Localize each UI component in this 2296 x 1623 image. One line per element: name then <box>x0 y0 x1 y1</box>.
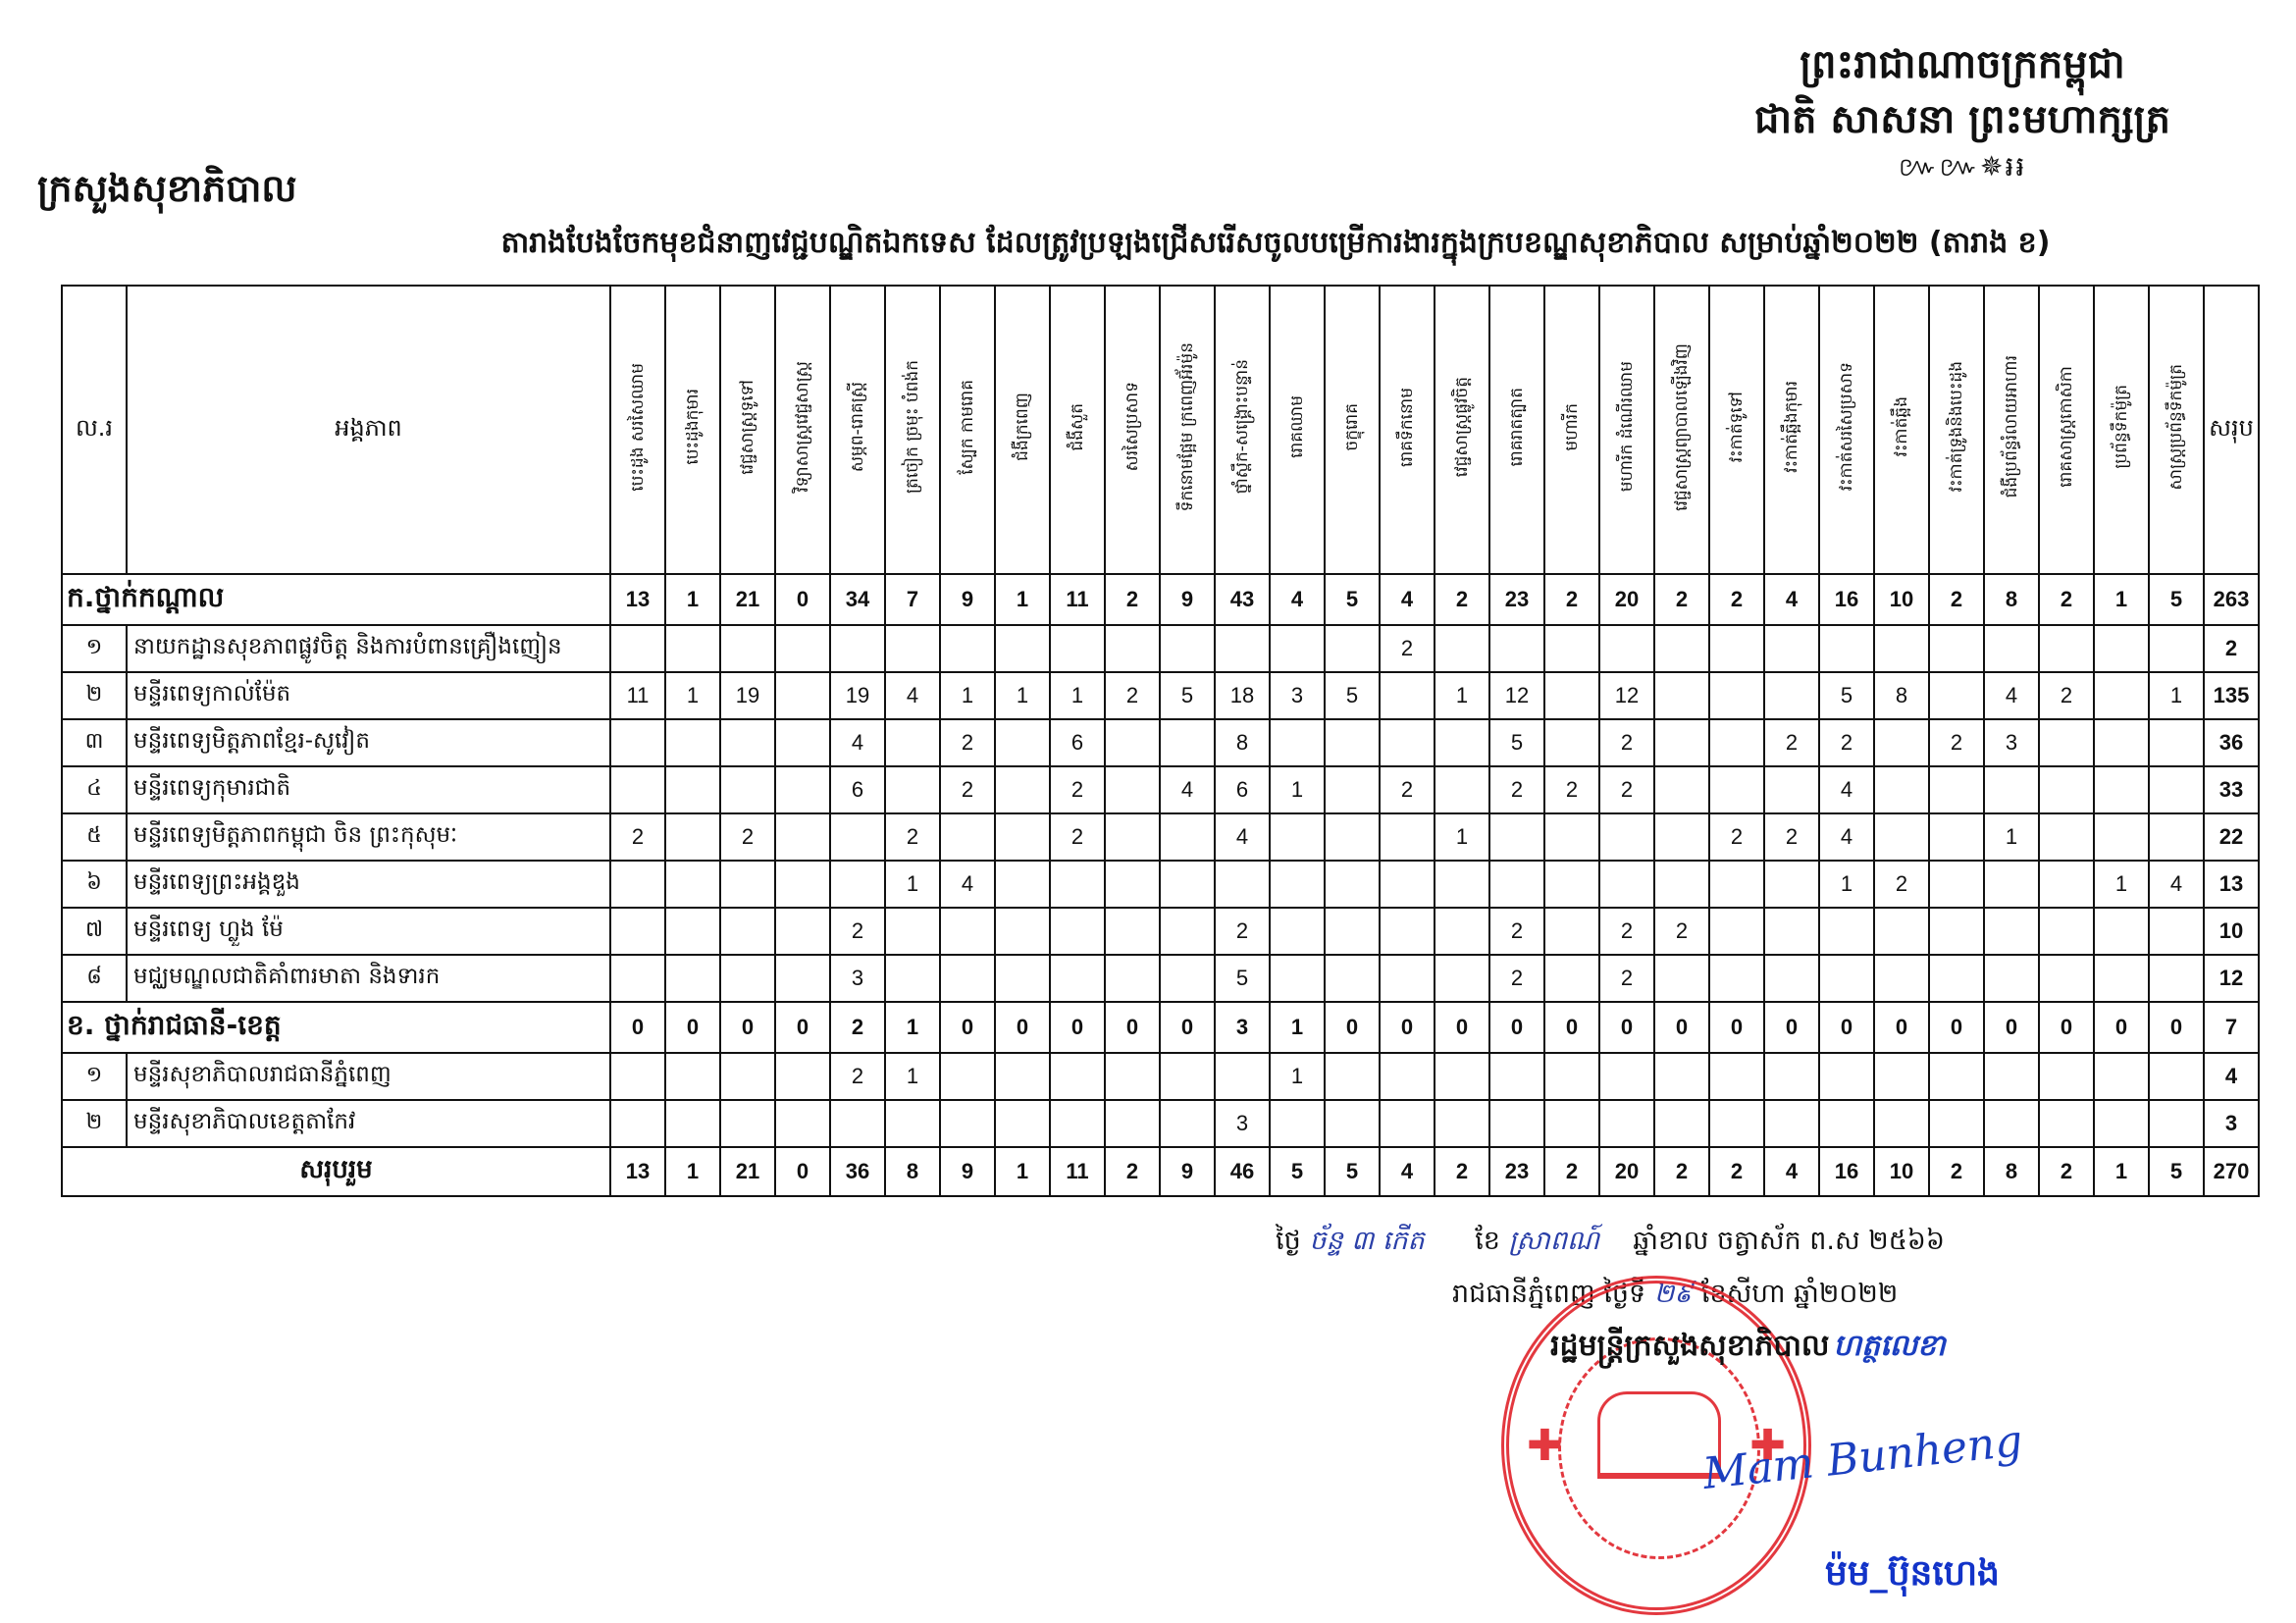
quota-cell: 1 <box>1984 813 2039 861</box>
section-cell: 1 <box>995 574 1050 625</box>
section-cell: 2 <box>1709 574 1764 625</box>
section-cell: 2 <box>830 1002 885 1053</box>
lunar-year: ឆ្នាំខាល ចត្វាស័ក ព.ស ២៥៦៦ <box>1633 1226 1945 1256</box>
quota-cell <box>2149 1100 2204 1147</box>
quota-cell <box>1105 625 1160 672</box>
quota-cell <box>1270 908 1325 955</box>
section-cell: 0 <box>1380 1002 1435 1053</box>
quota-cell <box>1325 908 1380 955</box>
section-cell: 0 <box>1599 1002 1654 1053</box>
quota-cell <box>2039 719 2094 766</box>
header-specialty: វះកាត់ឆ្អឹងកុមារ <box>1764 286 1819 574</box>
quota-cell <box>1599 1053 1654 1100</box>
section-cell: 2 <box>1544 574 1599 625</box>
section-cell: 0 <box>1325 1002 1380 1053</box>
quota-cell <box>1160 1100 1215 1147</box>
quota-cell <box>665 719 720 766</box>
header-total: សរុប <box>2204 286 2259 574</box>
unit-name: មន្ទីរពេទ្យកាល់ម៉ែត <box>127 672 610 719</box>
quota-cell <box>1929 672 1984 719</box>
quota-cell: 2 <box>1050 813 1105 861</box>
signer-title: រដ្ឋមន្ត្រីក្រសួងសុខាភិបាលហត្ថលេខា <box>1550 1327 1946 1370</box>
quota-cell: 2 <box>1819 719 1874 766</box>
ornament-icon: ៚៚✵៛៛ <box>1668 147 2257 186</box>
grand-total-cell: 1 <box>2094 1147 2149 1196</box>
unit-name: មន្ទីរពេទ្យមិត្តភាពខ្មែរ-សូវៀត <box>127 719 610 766</box>
quota-cell <box>1105 766 1160 813</box>
quota-cell: 2 <box>1709 813 1764 861</box>
quota-cell <box>1984 1100 2039 1147</box>
section-cell: 9 <box>1160 574 1215 625</box>
section-row: ក.ថ្នាក់កណ្តាល13121034791112943454223220… <box>62 574 2259 625</box>
section-cell: 4 <box>1764 574 1819 625</box>
quota-cell: 2 <box>1105 672 1160 719</box>
grand-total-cell: 13 <box>610 1147 665 1196</box>
lunar-day-handwritten: ច័ន្ទ ៣ កើត <box>1309 1226 1424 1256</box>
quota-cell <box>830 1100 885 1147</box>
quota-cell <box>1435 766 1489 813</box>
row-total: 13 <box>2204 861 2259 908</box>
quota-cell: 2 <box>1215 908 1270 955</box>
quota-cell <box>1489 813 1544 861</box>
section-cell: 10 <box>1874 574 1929 625</box>
quota-cell <box>885 719 940 766</box>
grand-total-cell: 4 <box>1380 1147 1435 1196</box>
quota-cell: 2 <box>1764 719 1819 766</box>
section-cell: 0 <box>1984 1002 2039 1053</box>
quota-cell <box>1819 1053 1874 1100</box>
quota-cell <box>1325 813 1380 861</box>
quota-cell <box>1654 1100 1709 1147</box>
quota-cell: 5 <box>1160 672 1215 719</box>
quota-cell <box>1380 955 1435 1002</box>
quota-cell: 2 <box>2039 672 2094 719</box>
unit-name: មន្ទីរពេទ្យកុមារជាតិ <box>127 766 610 813</box>
quota-cell <box>2149 813 2204 861</box>
quota-cell <box>1544 625 1599 672</box>
row-total: 135 <box>2204 672 2259 719</box>
quota-cell <box>2094 625 2149 672</box>
quota-cell <box>830 861 885 908</box>
quota-cell: 4 <box>2149 861 2204 908</box>
lunar-month-label: ខែ <box>1475 1226 1500 1256</box>
quota-cell <box>1380 1053 1435 1100</box>
quota-cell <box>775 813 830 861</box>
grand-total-cell: 23 <box>1489 1147 1544 1196</box>
quota-cell <box>2039 625 2094 672</box>
table-row: ៦មន្ទីរពេទ្យព្រះអង្គឌួង14121413 <box>62 861 2259 908</box>
quota-cell <box>1160 719 1215 766</box>
quota-cell <box>885 766 940 813</box>
quota-cell <box>1325 719 1380 766</box>
quota-cell <box>1160 908 1215 955</box>
quota-cell <box>1874 719 1929 766</box>
quota-cell <box>2094 719 2149 766</box>
quota-cell <box>2094 955 2149 1002</box>
table-row: ៣មន្ទីរពេទ្យមិត្តភាពខ្មែរ-សូវៀត426852222… <box>62 719 2259 766</box>
section-cell: 16 <box>1819 574 1874 625</box>
section-cell: 1 <box>1270 1002 1325 1053</box>
section-cell: 0 <box>1929 1002 1984 1053</box>
quota-cell <box>995 1053 1050 1100</box>
quota-cell <box>775 625 830 672</box>
quota-cell <box>775 908 830 955</box>
quota-cell <box>2094 908 2149 955</box>
quota-cell <box>1874 766 1929 813</box>
quota-cell: 1 <box>885 1053 940 1100</box>
quota-cell: 1 <box>940 672 995 719</box>
quota-cell <box>1709 955 1764 1002</box>
quota-cell <box>1929 1053 1984 1100</box>
row-number: ៨ <box>62 955 127 1002</box>
quota-cell <box>610 1053 665 1100</box>
quota-cell <box>995 908 1050 955</box>
quota-cell <box>1819 955 1874 1002</box>
quota-cell: 2 <box>940 719 995 766</box>
quota-cell <box>1489 1053 1544 1100</box>
section-total: 7 <box>2204 1002 2259 1053</box>
quota-cell: 1 <box>2149 672 2204 719</box>
section-cell: 0 <box>1819 1002 1874 1053</box>
lunar-day-label: ថ្ងៃ <box>1276 1226 1301 1256</box>
quota-cell <box>1050 861 1105 908</box>
quota-cell <box>1160 625 1215 672</box>
row-total: 33 <box>2204 766 2259 813</box>
table-row: ២មន្ទីរសុខាភិបាលខេត្តតាកែវ33 <box>62 1100 2259 1147</box>
section-cell: 34 <box>830 574 885 625</box>
quota-cell <box>1764 1053 1819 1100</box>
section-cell: 0 <box>1874 1002 1929 1053</box>
grand-total-cell: 8 <box>885 1147 940 1196</box>
quota-cell <box>1325 861 1380 908</box>
quota-cell: 2 <box>1599 908 1654 955</box>
quota-cell: 1 <box>1270 766 1325 813</box>
section-cell: 2 <box>1435 574 1489 625</box>
row-total: 36 <box>2204 719 2259 766</box>
unit-name: មន្ទីរពេទ្យ ហ្លួង ម៉ែ <box>127 908 610 955</box>
grand-total-cell: 36 <box>830 1147 885 1196</box>
header-specialty: វះកាត់ទ្រូងនិងបេះដូង <box>1929 286 1984 574</box>
section-cell: 0 <box>2149 1002 2204 1053</box>
quota-cell: 4 <box>1819 813 1874 861</box>
grand-total-cell: 10 <box>1874 1147 1929 1196</box>
quota-cell <box>720 766 775 813</box>
grand-total-cell: 16 <box>1819 1147 1874 1196</box>
section-cell: 1 <box>665 574 720 625</box>
quota-cell <box>1380 813 1435 861</box>
quota-cell: 2 <box>1599 766 1654 813</box>
table-row: ២មន្ទីរពេទ្យកាល់ម៉ែត11119194111251835112… <box>62 672 2259 719</box>
quota-cell <box>2039 1053 2094 1100</box>
quota-cell <box>720 908 775 955</box>
quota-cell <box>1489 625 1544 672</box>
grand-total-cell: 2 <box>1544 1147 1599 1196</box>
quota-cell: 12 <box>1489 672 1544 719</box>
quota-cell <box>885 1100 940 1147</box>
quota-cell: 2 <box>1050 766 1105 813</box>
grand-total-cell: 2 <box>1929 1147 1984 1196</box>
header-specialty: ជំងឺសួត <box>1050 286 1105 574</box>
section-cell: 0 <box>940 1002 995 1053</box>
row-number: ៦ <box>62 861 127 908</box>
quota-cell <box>1929 1100 1984 1147</box>
red-cross-icon: ✚ <box>1527 1421 1563 1471</box>
quota-cell <box>995 813 1050 861</box>
quota-cell <box>1929 625 1984 672</box>
quota-cell <box>1325 955 1380 1002</box>
quota-cell <box>1764 1100 1819 1147</box>
grand-total-cell: 1 <box>995 1147 1050 1196</box>
quota-cell <box>665 766 720 813</box>
quota-cell <box>1105 1100 1160 1147</box>
quota-cell: 3 <box>1270 672 1325 719</box>
quota-cell <box>1709 766 1764 813</box>
quota-cell: 8 <box>1874 672 1929 719</box>
quota-cell <box>720 625 775 672</box>
header-specialty: វិទ្យាសាស្ត្រវេជ្ជសាស្ត្រ <box>775 286 830 574</box>
section-cell: 2 <box>1654 574 1709 625</box>
row-total: 10 <box>2204 908 2259 955</box>
quota-cell: 19 <box>720 672 775 719</box>
quota-cell: 4 <box>1215 813 1270 861</box>
header-specialty: រោគរាតត្បាត <box>1489 286 1544 574</box>
grand-total-cell: 2 <box>1435 1147 1489 1196</box>
kingdom-header: ព្រះរាជាណាចក្រកម្ពុជា ជាតិ សាសនា ព្រះមហា… <box>1668 37 2257 186</box>
quota-cell <box>995 625 1050 672</box>
section-cell: 0 <box>2039 1002 2094 1053</box>
kingdom-line-2: ជាតិ សាសនា ព្រះមហាក្សត្រ <box>1668 92 2257 147</box>
quota-cell <box>940 1100 995 1147</box>
section-cell: 0 <box>665 1002 720 1053</box>
quota-cell <box>1544 813 1599 861</box>
grand-total-cell: 2 <box>2039 1147 2094 1196</box>
quota-cell <box>2039 861 2094 908</box>
quota-cell <box>1929 955 1984 1002</box>
header-specialty: ត្រចៀក ច្រមុះ បំពង់ក <box>885 286 940 574</box>
quota-cell: 3 <box>1215 1100 1270 1147</box>
quota-cell <box>775 672 830 719</box>
quota-cell <box>1160 861 1215 908</box>
section-cell: 0 <box>720 1002 775 1053</box>
quota-cell <box>2149 955 2204 1002</box>
quota-cell <box>1215 625 1270 672</box>
quota-cell <box>1929 813 1984 861</box>
grand-total-cell: 21 <box>720 1147 775 1196</box>
quota-cell: 1 <box>1435 672 1489 719</box>
quota-cell <box>1050 908 1105 955</box>
quota-cell <box>1270 1100 1325 1147</box>
quota-cell: 2 <box>1380 766 1435 813</box>
quota-cell: 1 <box>995 672 1050 719</box>
quota-cell: 19 <box>830 672 885 719</box>
quota-cell <box>2039 908 2094 955</box>
grand-total-cell: 2 <box>1709 1147 1764 1196</box>
quota-cell <box>2149 719 2204 766</box>
quota-cell: 6 <box>830 766 885 813</box>
quota-cell <box>1325 1100 1380 1147</box>
kingdom-line-1: ព្រះរាជាណាចក្រកម្ពុជា <box>1668 37 2257 92</box>
section-cell: 3 <box>1215 1002 1270 1053</box>
quota-cell <box>885 955 940 1002</box>
quota-cell: 1 <box>1270 1053 1325 1100</box>
section-cell: 2 <box>1929 574 1984 625</box>
quota-cell <box>1215 861 1270 908</box>
quota-cell <box>1819 908 1874 955</box>
quota-cell <box>995 955 1050 1002</box>
quota-cell <box>2039 766 2094 813</box>
section-cell: 0 <box>995 1002 1050 1053</box>
quota-cell <box>1599 861 1654 908</box>
quota-cell: 1 <box>665 672 720 719</box>
signer-name: ម៉ម_ប៊ុនហេង <box>1825 1550 2000 1602</box>
header-specialty: មហារីក ដំណើរឈាម <box>1599 286 1654 574</box>
section-cell: 5 <box>2149 574 2204 625</box>
quota-cell: 18 <box>1215 672 1270 719</box>
grand-total-cell: 4 <box>1764 1147 1819 1196</box>
section-cell: 20 <box>1599 574 1654 625</box>
table-row: ៧មន្ទីរពេទ្យ ហ្លួង ម៉ែ2222210 <box>62 908 2259 955</box>
row-total: 22 <box>2204 813 2259 861</box>
quota-cell <box>1709 861 1764 908</box>
quota-cell <box>1874 813 1929 861</box>
initials-handwritten: ហត្ថលេខា <box>1833 1329 1945 1363</box>
grand-total-cell: 11 <box>1050 1147 1105 1196</box>
row-total: 4 <box>2204 1053 2259 1100</box>
quota-cell <box>2094 1053 2149 1100</box>
grand-total-cell: 9 <box>1160 1147 1215 1196</box>
quota-cell <box>940 625 995 672</box>
row-number: ២ <box>62 1100 127 1147</box>
quota-cell <box>1709 1053 1764 1100</box>
table-row: ៨មជ្ឈមណ្ឌលជាតិគាំពារមាតា និងទារក352212 <box>62 955 2259 1002</box>
section-cell: 9 <box>940 574 995 625</box>
unit-name: មន្ទីរពេទ្យមិត្តភាពកម្ពុជា ចិន ព្រះកុសុម… <box>127 813 610 861</box>
quota-cell <box>720 955 775 1002</box>
quota-cell <box>1380 1100 1435 1147</box>
quota-cell <box>830 813 885 861</box>
quota-cell <box>940 908 995 955</box>
quota-cell <box>610 719 665 766</box>
quota-cell <box>1380 861 1435 908</box>
section-cell: 11 <box>1050 574 1105 625</box>
quota-cell: 2 <box>885 813 940 861</box>
quota-cell <box>720 861 775 908</box>
quota-cell <box>2039 955 2094 1002</box>
header-specialty: សម្ភព-រោគស្ត្រី <box>830 286 885 574</box>
quota-cell: 1 <box>2094 861 2149 908</box>
quota-cell <box>2039 813 2094 861</box>
header-specialty: បេះដូង សរសៃឈាម <box>610 286 665 574</box>
grand-total-cell: 1 <box>665 1147 720 1196</box>
section-cell: 1 <box>2094 574 2149 625</box>
quota-cell <box>2149 766 2204 813</box>
section-cell: 21 <box>720 574 775 625</box>
quota-cell: 4 <box>885 672 940 719</box>
section-cell: 1 <box>885 1002 940 1053</box>
quota-cell <box>1599 813 1654 861</box>
quota-cell <box>1709 908 1764 955</box>
quota-cell <box>1270 719 1325 766</box>
section-cell: 0 <box>1544 1002 1599 1053</box>
header-specialty: ជំងឺប្រព័ន្ធរំលាយអាហារ <box>1984 286 2039 574</box>
section-cell: 8 <box>1984 574 2039 625</box>
quota-cell: 2 <box>1489 908 1544 955</box>
header-specialty: វេជ្ជសាស្ត្រទូទៅ <box>720 286 775 574</box>
quota-cell <box>1654 766 1709 813</box>
quota-cell <box>1215 1053 1270 1100</box>
quota-cell <box>610 908 665 955</box>
grand-total-cell: 20 <box>1599 1147 1654 1196</box>
quota-cell <box>1984 908 2039 955</box>
quota-cell <box>1160 1053 1215 1100</box>
quota-cell: 2 <box>1599 719 1654 766</box>
quota-cell: 6 <box>1050 719 1105 766</box>
row-total: 3 <box>2204 1100 2259 1147</box>
header-specialty: វេជ្ជសាស្ត្រព្យាបាលឡើងវិញ <box>1654 286 1709 574</box>
quota-cell <box>1270 955 1325 1002</box>
section-cell: 2 <box>2039 574 2094 625</box>
section-cell: 0 <box>1160 1002 1215 1053</box>
quota-cell <box>1764 766 1819 813</box>
allocation-table: ល.រ អង្គភាព បេះដូង សរសៃឈាមបេះដូងកុមារវេជ… <box>61 285 2260 1197</box>
quota-cell: 5 <box>1489 719 1544 766</box>
section-cell: 5 <box>1325 574 1380 625</box>
quota-cell <box>1764 861 1819 908</box>
quota-cell <box>1435 908 1489 955</box>
quota-cell: 1 <box>1819 861 1874 908</box>
quota-cell <box>1654 719 1709 766</box>
header-specialty: រោគទឹកនោម <box>1380 286 1435 574</box>
quota-cell <box>940 813 995 861</box>
row-number: ៣ <box>62 719 127 766</box>
quota-cell <box>940 1053 995 1100</box>
quota-cell <box>1984 625 2039 672</box>
quota-cell: 4 <box>830 719 885 766</box>
quota-cell: 2 <box>830 908 885 955</box>
quota-cell <box>665 625 720 672</box>
header-specialty: ជំងឺក្រពេញ <box>995 286 1050 574</box>
table-row: ៥មន្ទីរពេទ្យមិត្តភាពកម្ពុជា ចិន ព្រះកុសុ… <box>62 813 2259 861</box>
quota-cell <box>720 719 775 766</box>
quota-cell <box>1544 908 1599 955</box>
quota-cell <box>1435 625 1489 672</box>
quota-cell <box>885 908 940 955</box>
quota-cell <box>1105 955 1160 1002</box>
section-cell: 0 <box>610 1002 665 1053</box>
section-cell: 0 <box>2094 1002 2149 1053</box>
quota-cell <box>610 955 665 1002</box>
quota-cell: 1 <box>1435 813 1489 861</box>
quota-cell <box>1819 1100 1874 1147</box>
header-specialty: រោគសាស្ត្រកោសិកា <box>2039 286 2094 574</box>
quota-cell <box>1380 672 1435 719</box>
quota-cell <box>665 908 720 955</box>
quota-cell <box>1984 861 2039 908</box>
quota-cell <box>1435 1100 1489 1147</box>
section-cell: 0 <box>775 1002 830 1053</box>
quota-cell: 2 <box>940 766 995 813</box>
quota-cell <box>1435 1053 1489 1100</box>
quota-cell <box>610 766 665 813</box>
quota-cell <box>1270 861 1325 908</box>
row-number: ៧ <box>62 908 127 955</box>
quota-cell <box>830 625 885 672</box>
unit-name: មន្ទីរសុខាភិបាលរាជធានីភ្នំពេញ <box>127 1053 610 1100</box>
row-number: ៤ <box>62 766 127 813</box>
quota-cell <box>1544 861 1599 908</box>
quota-cell <box>1435 719 1489 766</box>
header-specialty: រោគឈាម <box>1270 286 1325 574</box>
